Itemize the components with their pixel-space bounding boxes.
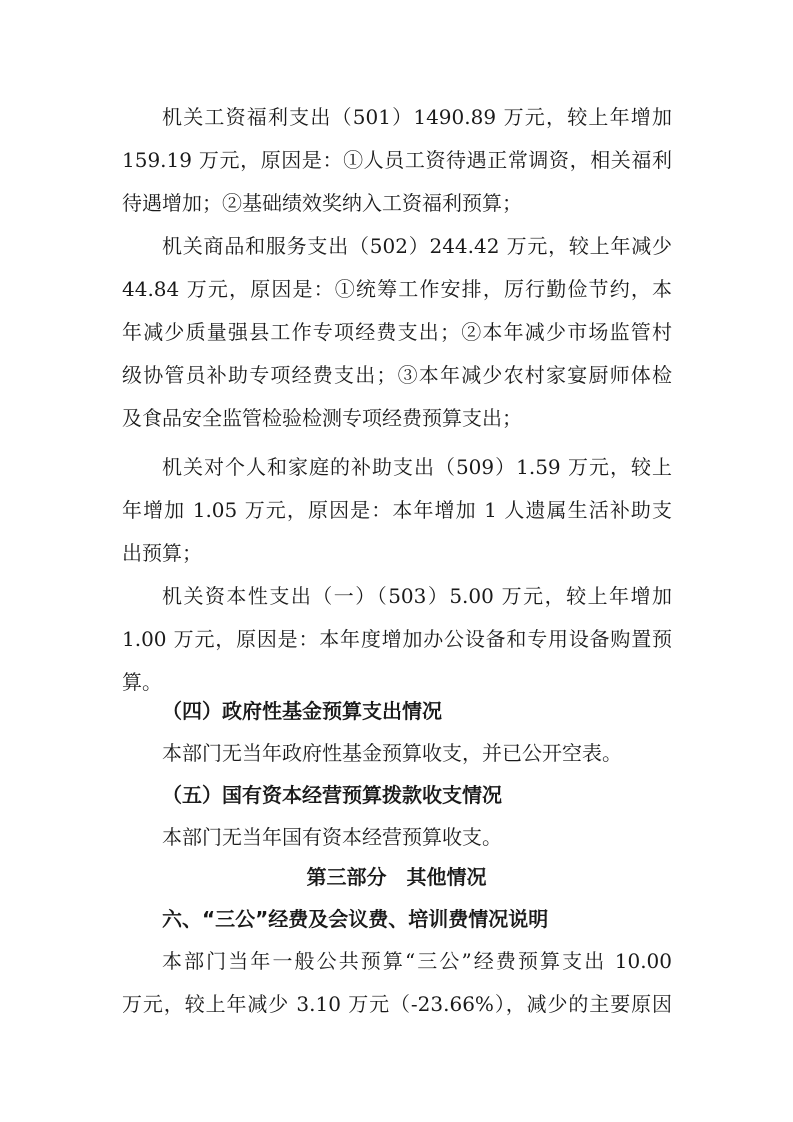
section-6-line-2: 万元，较上年减少 3.10 万元（-23.66%），减少的主要原因 — [122, 991, 672, 1017]
section-5-body: 本部门无当年国有资本经营预算收支。 — [162, 824, 502, 850]
paragraph-509-line-2: 年增加 1.05 万元，原因是：本年增加 1 人遗属生活补助支 — [122, 497, 672, 523]
part-3-title: 第三部分 其他情况 — [0, 864, 793, 890]
section-4-heading: （四）政府性基金预算支出情况 — [162, 698, 442, 724]
paragraph-509-line-3: 出预算； — [122, 540, 672, 566]
paragraph-503-line-3: 算。 — [122, 669, 672, 695]
paragraph-502-line-3: 年减少质量强县工作专项经费支出；②本年减少市场监管村 — [122, 319, 672, 345]
paragraph-509-line-1: 机关对个人和家庭的补助支出（509）1.59 万元，较上 — [162, 454, 672, 480]
paragraph-501-line-1: 机关工资福利支出（501）1490.89 万元，较上年增加 — [162, 104, 672, 130]
document-page: 机关工资福利支出（501）1490.89 万元，较上年增加 159.19 万元，… — [0, 0, 793, 1122]
paragraph-502-line-1: 机关商品和服务支出（502）244.42 万元，较上年减少 — [162, 233, 672, 259]
paragraph-501-line-3: 待遇增加；②基础绩效奖纳入工资福利预算； — [122, 190, 672, 216]
section-6-line-1: 本部门当年一般公共预算“三公”经费预算支出 10.00 — [162, 948, 672, 974]
paragraph-503-line-1: 机关资本性支出（一）（503）5.00 万元，较上年增加 — [162, 583, 672, 609]
paragraph-502-line-2: 44.84 万元，原因是：①统筹工作安排，厉行勤俭节约，本 — [122, 276, 672, 302]
section-6-heading: 六、“三公”经费及会议费、培训费情况说明 — [162, 906, 548, 932]
paragraph-503-line-2: 1.00 万元，原因是：本年度增加办公设备和专用设备购置预 — [122, 626, 672, 652]
section-5-heading: （五）国有资本经营预算拨款收支情况 — [162, 782, 502, 808]
paragraph-502-line-5: 及食品安全监管检验检测专项经费预算支出； — [122, 405, 672, 431]
paragraph-502-line-4: 级协管员补助专项经费支出；③本年减少农村家宴厨师体检 — [122, 362, 672, 388]
paragraph-501-line-2: 159.19 万元，原因是：①人员工资待遇正常调资，相关福利 — [122, 147, 672, 173]
section-4-body: 本部门无当年政府性基金预算收支，并已公开空表。 — [162, 740, 622, 766]
